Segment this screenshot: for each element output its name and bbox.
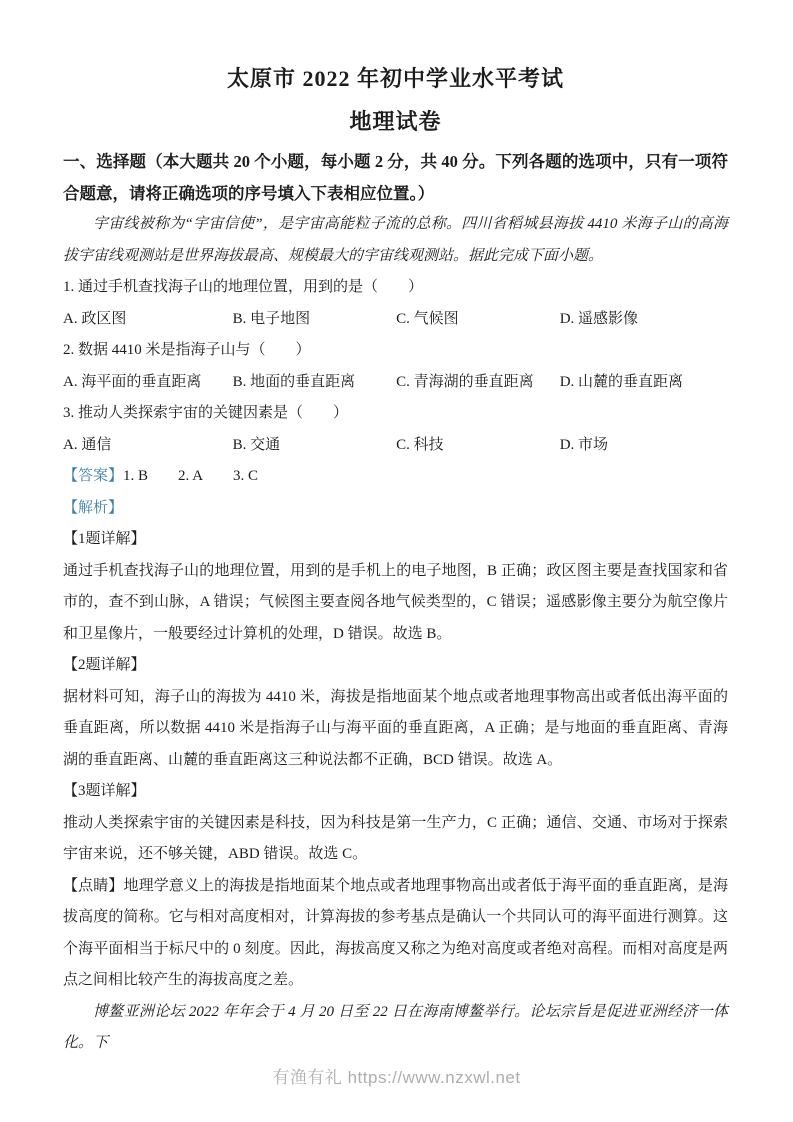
question-1-option-d: D. 遥感影像 [560,304,728,336]
exam-subtitle: 地理试卷 [63,100,728,144]
question-3-option-d: D. 市场 [560,430,728,462]
answer-line: 【答案】 1. B 2. A 3. C [63,461,728,493]
question-2-options: A. 海平面的垂直距离 B. 地面的垂直距离 C. 青海湖的垂直距离 D. 山麓… [63,367,728,399]
answer-values: 1. B 2. A 3. C [123,461,288,493]
question-3-options: A. 通信 B. 交通 C. 科技 D. 市场 [63,430,728,462]
answer-value-3: 3. C [233,461,258,493]
tip-body: 地理学意义上的海拔是指地面某个地点或者地理事物高出或者低于海平面的垂直距离，是海… [63,878,728,989]
question-2-option-c: C. 青海湖的垂直距离 [396,367,560,399]
question-3-option-a: A. 通信 [63,430,233,462]
footer-watermark: 有渔有礼 https://www.nzxwl.net [0,1063,793,1088]
question-1-stem: 1. 通过手机查找海子山的地理位置，用到的是（ ） [63,272,728,304]
explanation-3-body: 推动人类探索宇宙的关键因素是科技，因为科技是第一生产力，C 正确；通信、交通、市… [63,808,728,871]
passage-boao-forum: 博鳌亚洲论坛 2022 年年会于 4 月 20 日至 22 日在海南博鳌举行。论… [63,997,728,1060]
explanation-2-body: 据材料可知，海子山的海拔为 4410 米，海拔是指地面某个地点或者地理事物高出或… [63,682,728,777]
exam-title: 太原市 2022 年初中学业水平考试 [63,58,728,100]
question-2-option-a: A. 海平面的垂直距离 [63,367,233,399]
answer-value-2: 2. A [178,461,203,493]
question-1-options: A. 政区图 B. 电子地图 C. 气候图 D. 遥感影像 [63,304,728,336]
question-2-option-b: B. 地面的垂直距离 [233,367,397,399]
answer-label: 【答案】 [63,461,123,493]
exam-paper-page: 太原市 2022 年初中学业水平考试 地理试卷 一、选择题（本大题共 20 个小… [0,0,793,1122]
question-1-option-c: C. 气候图 [396,304,560,336]
question-3-option-b: B. 交通 [233,430,397,462]
question-1-option-a: A. 政区图 [63,304,233,336]
section-heading: 一、选择题（本大题共 20 个小题，每小题 2 分，共 40 分。下列各题的选项… [63,146,728,209]
explanation-1-heading: 【1题详解】 [63,524,728,556]
answer-value-1: 1. B [123,461,148,493]
question-2-stem: 2. 数据 4410 米是指海子山与（ ） [63,335,728,367]
explanation-3-heading: 【3题详解】 [63,776,728,808]
passage-cosmic-ray: 宇宙线被称为“宇宙信使”，是宇宙高能粒子流的总称。四川省稻城县海拔 4410 米… [63,209,728,272]
explanation-1-body: 通过手机查找海子山的地理位置，用到的是手机上的电子地图，B 正确；政区图主要是查… [63,556,728,651]
tip-label: 【点睛】 [63,878,123,894]
explanation-2-heading: 【2题详解】 [63,650,728,682]
question-1-option-b: B. 电子地图 [233,304,397,336]
analysis-label: 【解析】 [63,493,728,525]
tip-paragraph: 【点睛】地理学意义上的海拔是指地面某个地点或者地理事物高出或者低于海平面的垂直距… [63,871,728,997]
question-2-option-d: D. 山麓的垂直距离 [560,367,728,399]
question-3-stem: 3. 推动人类探索宇宙的关键因素是（ ） [63,398,728,430]
question-3-option-c: C. 科技 [396,430,560,462]
